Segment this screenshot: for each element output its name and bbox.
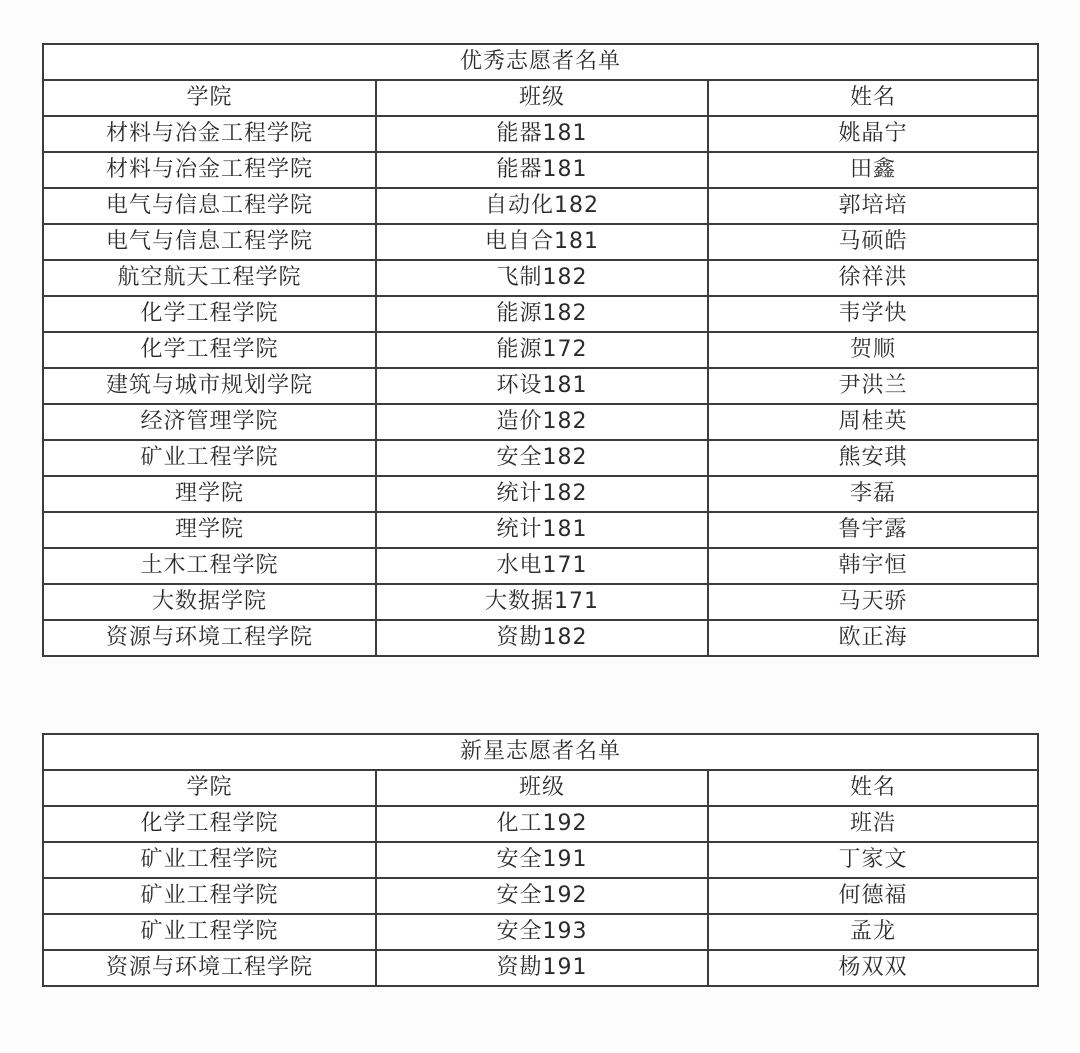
column-header: 班级 (376, 80, 708, 116)
document-page: 优秀志愿者名单学院班级姓名材料与冶金工程学院能器181姚晶宁材料与冶金工程学院能… (0, 0, 1080, 1053)
table-row: 经济管理学院造价182周桂英 (43, 404, 1038, 440)
table-row: 电气与信息工程学院电自合181马硕皓 (43, 224, 1038, 260)
college-cell: 矿业工程学院 (43, 914, 376, 950)
college-cell: 矿业工程学院 (43, 440, 376, 476)
class-cell: 飞制182 (376, 260, 708, 296)
college-cell: 大数据学院 (43, 584, 376, 620)
table-header-row: 学院班级姓名 (43, 770, 1038, 806)
name-cell: 李磊 (708, 476, 1038, 512)
class-cell: 统计181 (376, 512, 708, 548)
name-cell: 欧正海 (708, 620, 1038, 656)
column-header: 班级 (376, 770, 708, 806)
class-cell: 能源182 (376, 296, 708, 332)
table-row: 建筑与城市规划学院环设181尹洪兰 (43, 368, 1038, 404)
table-title: 新星志愿者名单 (43, 734, 1038, 770)
table-row: 理学院统计181鲁宇露 (43, 512, 1038, 548)
excellent-volunteers-table: 优秀志愿者名单学院班级姓名材料与冶金工程学院能器181姚晶宁材料与冶金工程学院能… (42, 43, 1039, 657)
college-cell: 航空航天工程学院 (43, 260, 376, 296)
table-row: 矿业工程学院安全192何德福 (43, 878, 1038, 914)
college-cell: 电气与信息工程学院 (43, 224, 376, 260)
class-cell: 自动化182 (376, 188, 708, 224)
table-row: 化学工程学院化工192班浩 (43, 806, 1038, 842)
name-cell: 何德福 (708, 878, 1038, 914)
table-row: 电气与信息工程学院自动化182郭培培 (43, 188, 1038, 224)
table-row: 资源与环境工程学院资勘191杨双双 (43, 950, 1038, 986)
table-row: 矿业工程学院安全182熊安琪 (43, 440, 1038, 476)
table-row: 航空航天工程学院飞制182徐祥洪 (43, 260, 1038, 296)
college-cell: 土木工程学院 (43, 548, 376, 584)
class-cell: 化工192 (376, 806, 708, 842)
name-cell: 尹洪兰 (708, 368, 1038, 404)
name-cell: 丁家文 (708, 842, 1038, 878)
class-cell: 造价182 (376, 404, 708, 440)
college-cell: 化学工程学院 (43, 296, 376, 332)
name-cell: 周桂英 (708, 404, 1038, 440)
name-cell: 韩宇恒 (708, 548, 1038, 584)
college-cell: 化学工程学院 (43, 806, 376, 842)
class-cell: 环设181 (376, 368, 708, 404)
name-cell: 孟龙 (708, 914, 1038, 950)
name-cell: 鲁宇露 (708, 512, 1038, 548)
college-cell: 理学院 (43, 512, 376, 548)
name-cell: 徐祥洪 (708, 260, 1038, 296)
class-cell: 资勘182 (376, 620, 708, 656)
column-header: 姓名 (708, 80, 1038, 116)
rising-star-volunteers-table: 新星志愿者名单学院班级姓名化学工程学院化工192班浩矿业工程学院安全191丁家文… (42, 733, 1039, 987)
college-cell: 材料与冶金工程学院 (43, 116, 376, 152)
name-cell: 韦学快 (708, 296, 1038, 332)
name-cell: 贺顺 (708, 332, 1038, 368)
table-row: 理学院统计182李磊 (43, 476, 1038, 512)
college-cell: 资源与环境工程学院 (43, 620, 376, 656)
college-cell: 矿业工程学院 (43, 878, 376, 914)
tables-container: 优秀志愿者名单学院班级姓名材料与冶金工程学院能器181姚晶宁材料与冶金工程学院能… (42, 43, 1037, 987)
class-cell: 安全182 (376, 440, 708, 476)
college-cell: 电气与信息工程学院 (43, 188, 376, 224)
table-row: 土木工程学院水电171韩宇恒 (43, 548, 1038, 584)
name-cell: 熊安琪 (708, 440, 1038, 476)
table-row: 材料与冶金工程学院能器181姚晶宁 (43, 116, 1038, 152)
college-cell: 资源与环境工程学院 (43, 950, 376, 986)
class-cell: 能器181 (376, 116, 708, 152)
class-cell: 大数据171 (376, 584, 708, 620)
table-row: 矿业工程学院安全191丁家文 (43, 842, 1038, 878)
table-title-row: 优秀志愿者名单 (43, 44, 1038, 80)
table-row: 化学工程学院能源182韦学快 (43, 296, 1038, 332)
table-row: 材料与冶金工程学院能器181田鑫 (43, 152, 1038, 188)
name-cell: 郭培培 (708, 188, 1038, 224)
column-header: 学院 (43, 770, 376, 806)
table-header-row: 学院班级姓名 (43, 80, 1038, 116)
class-cell: 能器181 (376, 152, 708, 188)
class-cell: 统计182 (376, 476, 708, 512)
table-title-row: 新星志愿者名单 (43, 734, 1038, 770)
class-cell: 安全191 (376, 842, 708, 878)
name-cell: 田鑫 (708, 152, 1038, 188)
class-cell: 水电171 (376, 548, 708, 584)
table-row: 化学工程学院能源172贺顺 (43, 332, 1038, 368)
name-cell: 姚晶宁 (708, 116, 1038, 152)
name-cell: 马硕皓 (708, 224, 1038, 260)
class-cell: 安全192 (376, 878, 708, 914)
college-cell: 理学院 (43, 476, 376, 512)
college-cell: 经济管理学院 (43, 404, 376, 440)
column-header: 学院 (43, 80, 376, 116)
table-row: 大数据学院大数据171马天骄 (43, 584, 1038, 620)
college-cell: 化学工程学院 (43, 332, 376, 368)
class-cell: 能源172 (376, 332, 708, 368)
name-cell: 马天骄 (708, 584, 1038, 620)
class-cell: 安全193 (376, 914, 708, 950)
table-row: 矿业工程学院安全193孟龙 (43, 914, 1038, 950)
name-cell: 杨双双 (708, 950, 1038, 986)
table-title: 优秀志愿者名单 (43, 44, 1038, 80)
column-header: 姓名 (708, 770, 1038, 806)
name-cell: 班浩 (708, 806, 1038, 842)
class-cell: 电自合181 (376, 224, 708, 260)
class-cell: 资勘191 (376, 950, 708, 986)
college-cell: 建筑与城市规划学院 (43, 368, 376, 404)
college-cell: 矿业工程学院 (43, 842, 376, 878)
college-cell: 材料与冶金工程学院 (43, 152, 376, 188)
table-row: 资源与环境工程学院资勘182欧正海 (43, 620, 1038, 656)
